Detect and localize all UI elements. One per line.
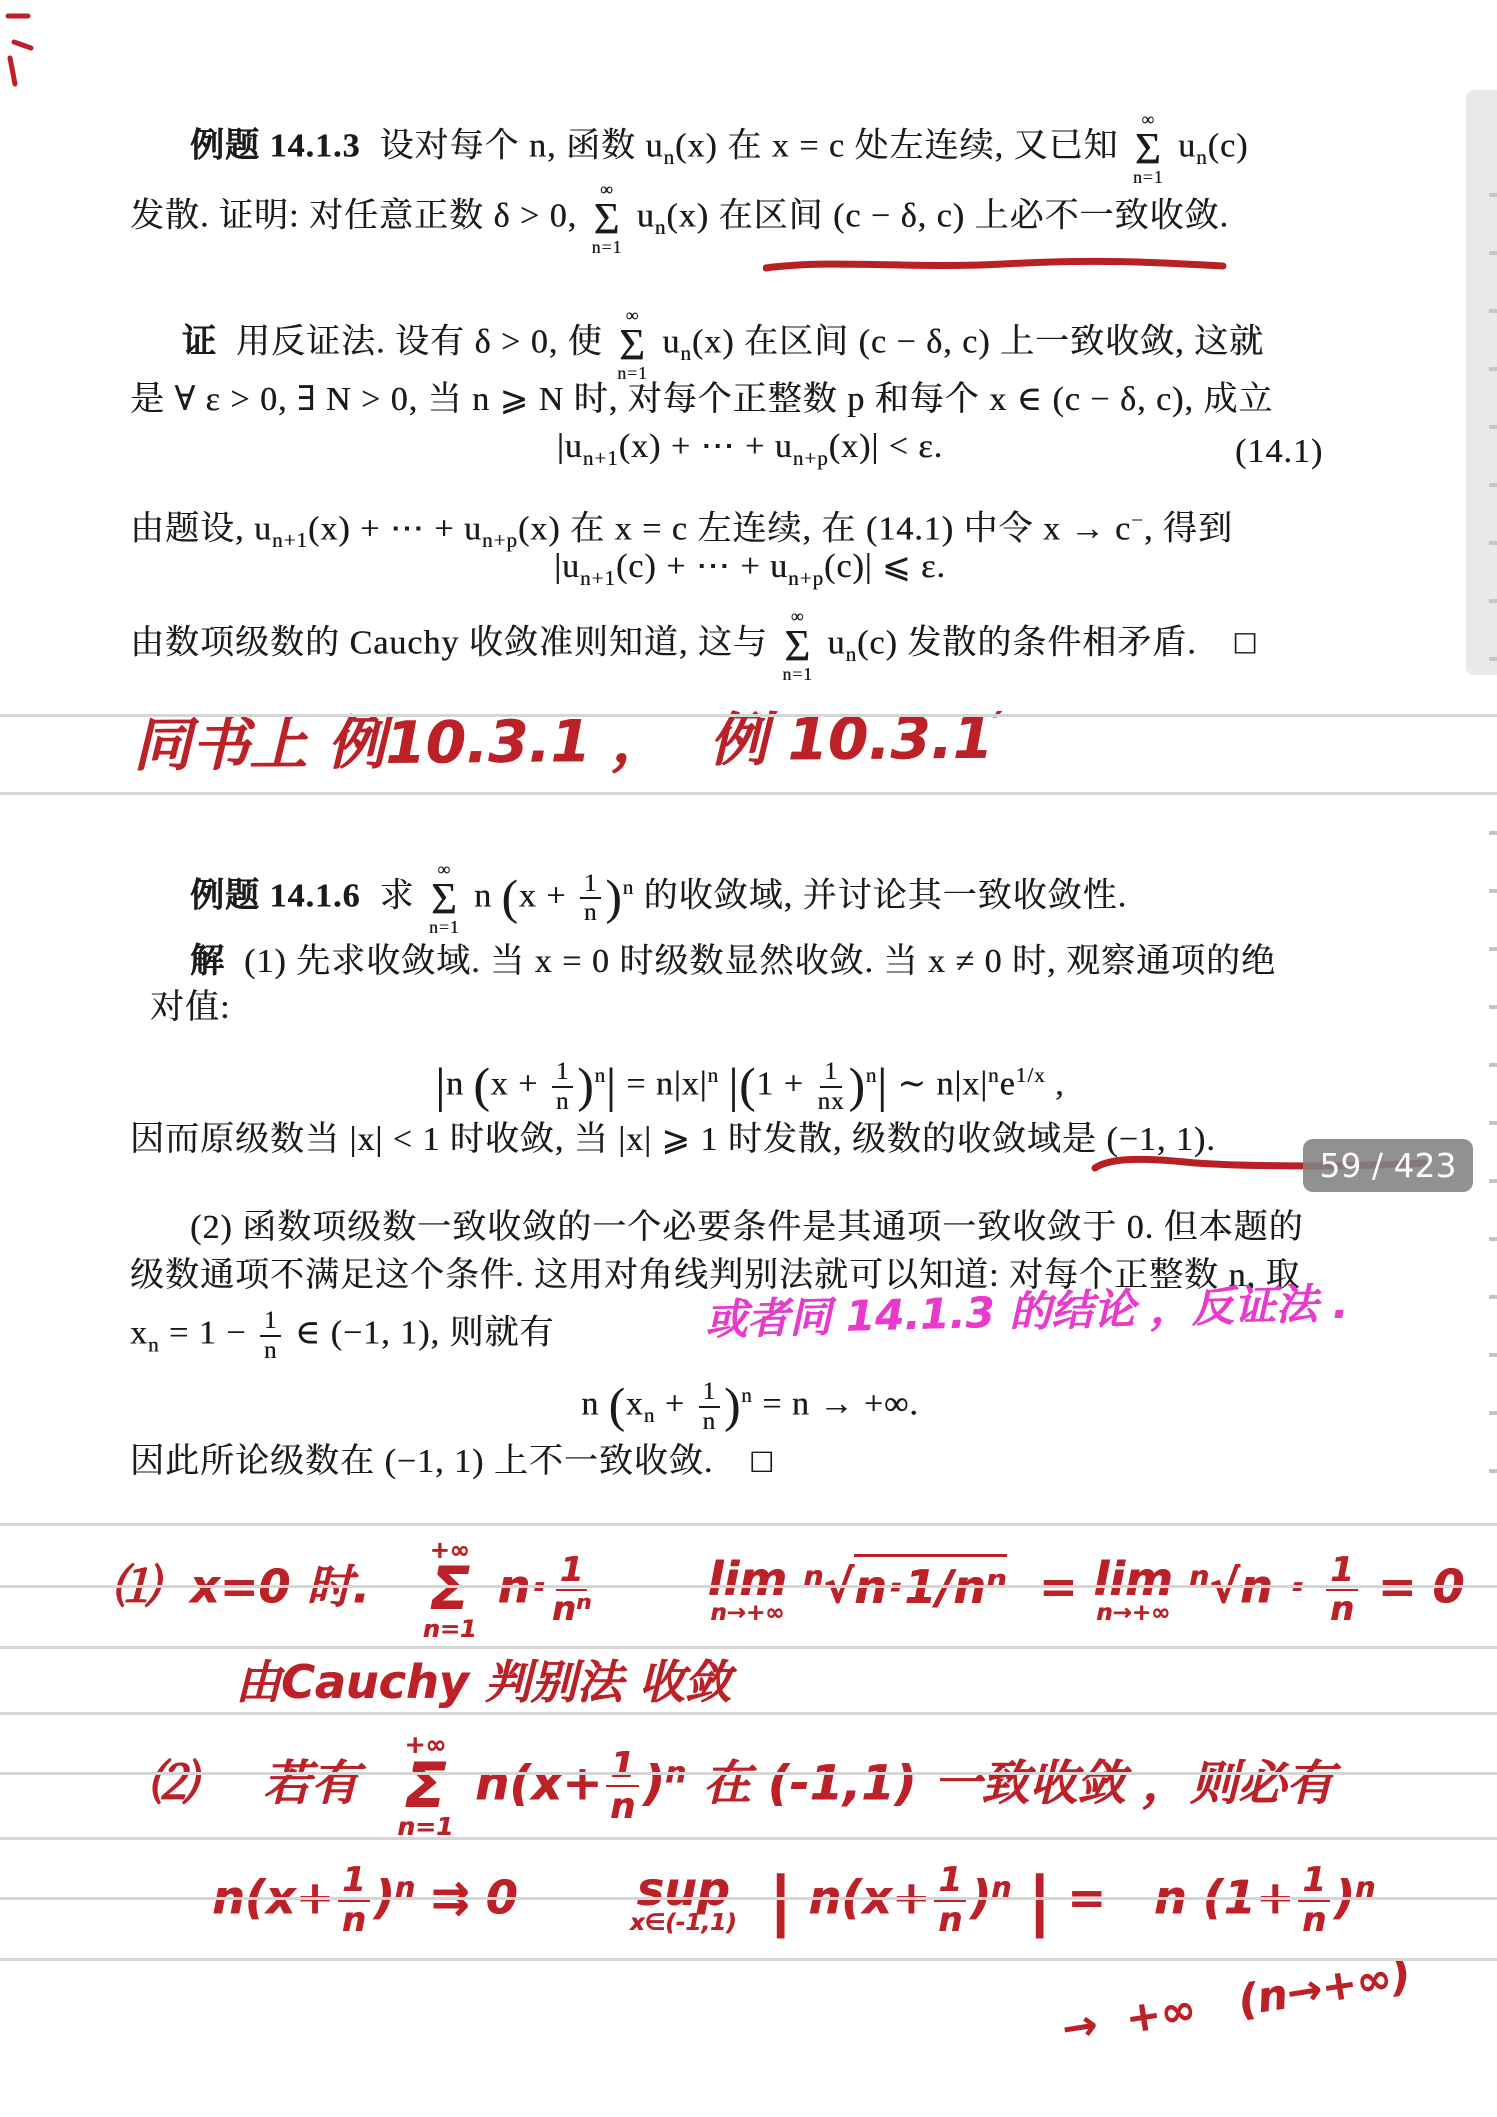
ruled-line-edge-tick	[1489, 425, 1497, 429]
ruled-line	[0, 1646, 1497, 1649]
page-indicator-badge: 59 / 423	[1303, 1139, 1473, 1192]
printed-paragraph-proof-line1: 证 用反证法. 设有 δ > 0, 使 ∞Σn=1 un(x) 在区间 (c −…	[182, 306, 1264, 383]
printed-paragraph-proof-line2: 是 ∀ ε > 0, ∃ N > 0, 当 n ⩾ N 时, 对每个正整数 p …	[130, 380, 1273, 420]
ruled-line-edge-tick	[1489, 1469, 1497, 1473]
ruled-line-edge-tick	[1489, 1353, 1497, 1357]
ruled-line-edge-tick	[1489, 251, 1497, 255]
equation-limit-at-c: |un+1(c) + ⋯ + un+p(c)| ⩽ ε.	[130, 547, 1370, 598]
printed-paragraph-convergence-domain: 因而原级数当 |x| < 1 时收敛, 当 |x| ⩾ 1 时发散, 级数的收敛…	[130, 1120, 1216, 1160]
equation-term-absolute-value: |n (x + 1n)n| = n|x|n |(1 + 1nx)n| ∼ n|x…	[130, 1055, 1370, 1115]
ruled-line	[0, 1585, 1497, 1588]
equation-diagonal-sequence: n (xn + 1n)n = n → +∞.	[130, 1375, 1370, 1435]
printed-paragraph-solution-line2: 对值:	[150, 988, 230, 1028]
ruled-line-edge-tick	[1489, 309, 1497, 313]
ruled-line-edge-tick	[1489, 1063, 1497, 1067]
printed-paragraph-solution-line1: 解 (1) 先求收敛域. 当 x = 0 时级数显然收敛. 当 x ≠ 0 时,…	[190, 942, 1276, 982]
ruled-line-edge-tick	[1489, 1005, 1497, 1009]
ruled-line-edge-tick	[1489, 1121, 1497, 1125]
ruled-line-edge-tick	[1489, 947, 1497, 951]
ruled-line-edge-tick	[1489, 657, 1497, 661]
ruled-line-edge-tick	[1489, 1295, 1497, 1299]
ruled-line-edge-tick	[1489, 831, 1497, 835]
scrollbar-thumb[interactable]	[1466, 90, 1497, 675]
printed-paragraph-example-1416-title: 例题 14.1.6 求 ∞Σn=1 n (x + 1n)n 的收敛域, 并讨论其…	[190, 860, 1127, 937]
ruled-line	[0, 1712, 1497, 1715]
pen-scribble-marks	[4, 8, 48, 88]
printed-paragraph-example-1413-line2: 发散. 证明: 对任意正数 δ > 0, ∞Σn=1 un(x) 在区间 (c …	[130, 180, 1229, 257]
ruled-line	[0, 792, 1497, 795]
ruled-line	[0, 1897, 1497, 1900]
note-page: 例题 14.1.3 设对每个 n, 函数 un(x) 在 x = c 处左连续,…	[0, 0, 1497, 2117]
equation-14-1: |un+1(x) + ⋯ + un+p(x)| < ε.	[130, 427, 1370, 478]
ruled-line	[0, 714, 1497, 717]
ruled-line-edge-tick	[1489, 1237, 1497, 1241]
ruled-line-edge-tick	[1489, 889, 1497, 893]
ruled-line	[0, 1523, 1497, 1526]
ruled-line-edge-tick	[1489, 193, 1497, 197]
ruled-line-edge-tick	[1489, 1179, 1497, 1183]
ruled-line-edge-tick	[1489, 541, 1497, 545]
ruled-line	[0, 1958, 1497, 1961]
ruled-line	[0, 1837, 1497, 1840]
handwritten-work-part2-assumption: ⑵ 若有 +∞Σn=1 n(x+1n)n 在 (-1,1) 一致收敛 ，则必有	[148, 1732, 1334, 1841]
handwritten-work-cauchy-test: 由Cauchy 判别法 收敛	[235, 1652, 731, 1712]
printed-paragraph-proof-conclusion: 由数项级数的 Cauchy 收敛准则知道, 这与 ∞Σn=1 un(c) 发散的…	[130, 607, 1256, 684]
handwritten-work-tends-to-infinity: → +∞ (n→+∞)	[1057, 1945, 1414, 2059]
ruled-line-edge-tick	[1489, 367, 1497, 371]
printed-paragraph-example-1413-line1: 例题 14.1.3 设对每个 n, 函数 un(x) 在 x = c 处左连续,…	[190, 110, 1248, 187]
handwritten-work-case-x0: ⑴ x=0 时. +∞Σn=1 n·1nⁿ limn→+∞ n√n·1/nⁿ =…	[112, 1538, 1464, 1642]
equation-tag: (14.1)	[1235, 432, 1323, 472]
handwritten-note-see-example-1031: 同书上 例10.3.1 ， 例 10.3.1′	[133, 696, 1003, 775]
printed-paragraph-part2-line3: xn = 1 − 1n ∈ (−1, 1), 则就有	[130, 1307, 554, 1364]
ruled-line-edge-tick	[1489, 599, 1497, 603]
ruled-line-edge-tick	[1489, 483, 1497, 487]
printed-paragraph-part2-line1: (2) 函数项级数一致收敛的一个必要条件是其通项一致收敛于 0. 但本题的	[190, 1208, 1304, 1248]
ruled-line	[0, 1772, 1497, 1775]
ruled-line-edge-tick	[1489, 1411, 1497, 1415]
printed-paragraph-final-conclusion: 因此所论级数在 (−1, 1) 上不一致收敛. □	[130, 1442, 773, 1482]
red-underline-annotation	[763, 256, 1228, 274]
